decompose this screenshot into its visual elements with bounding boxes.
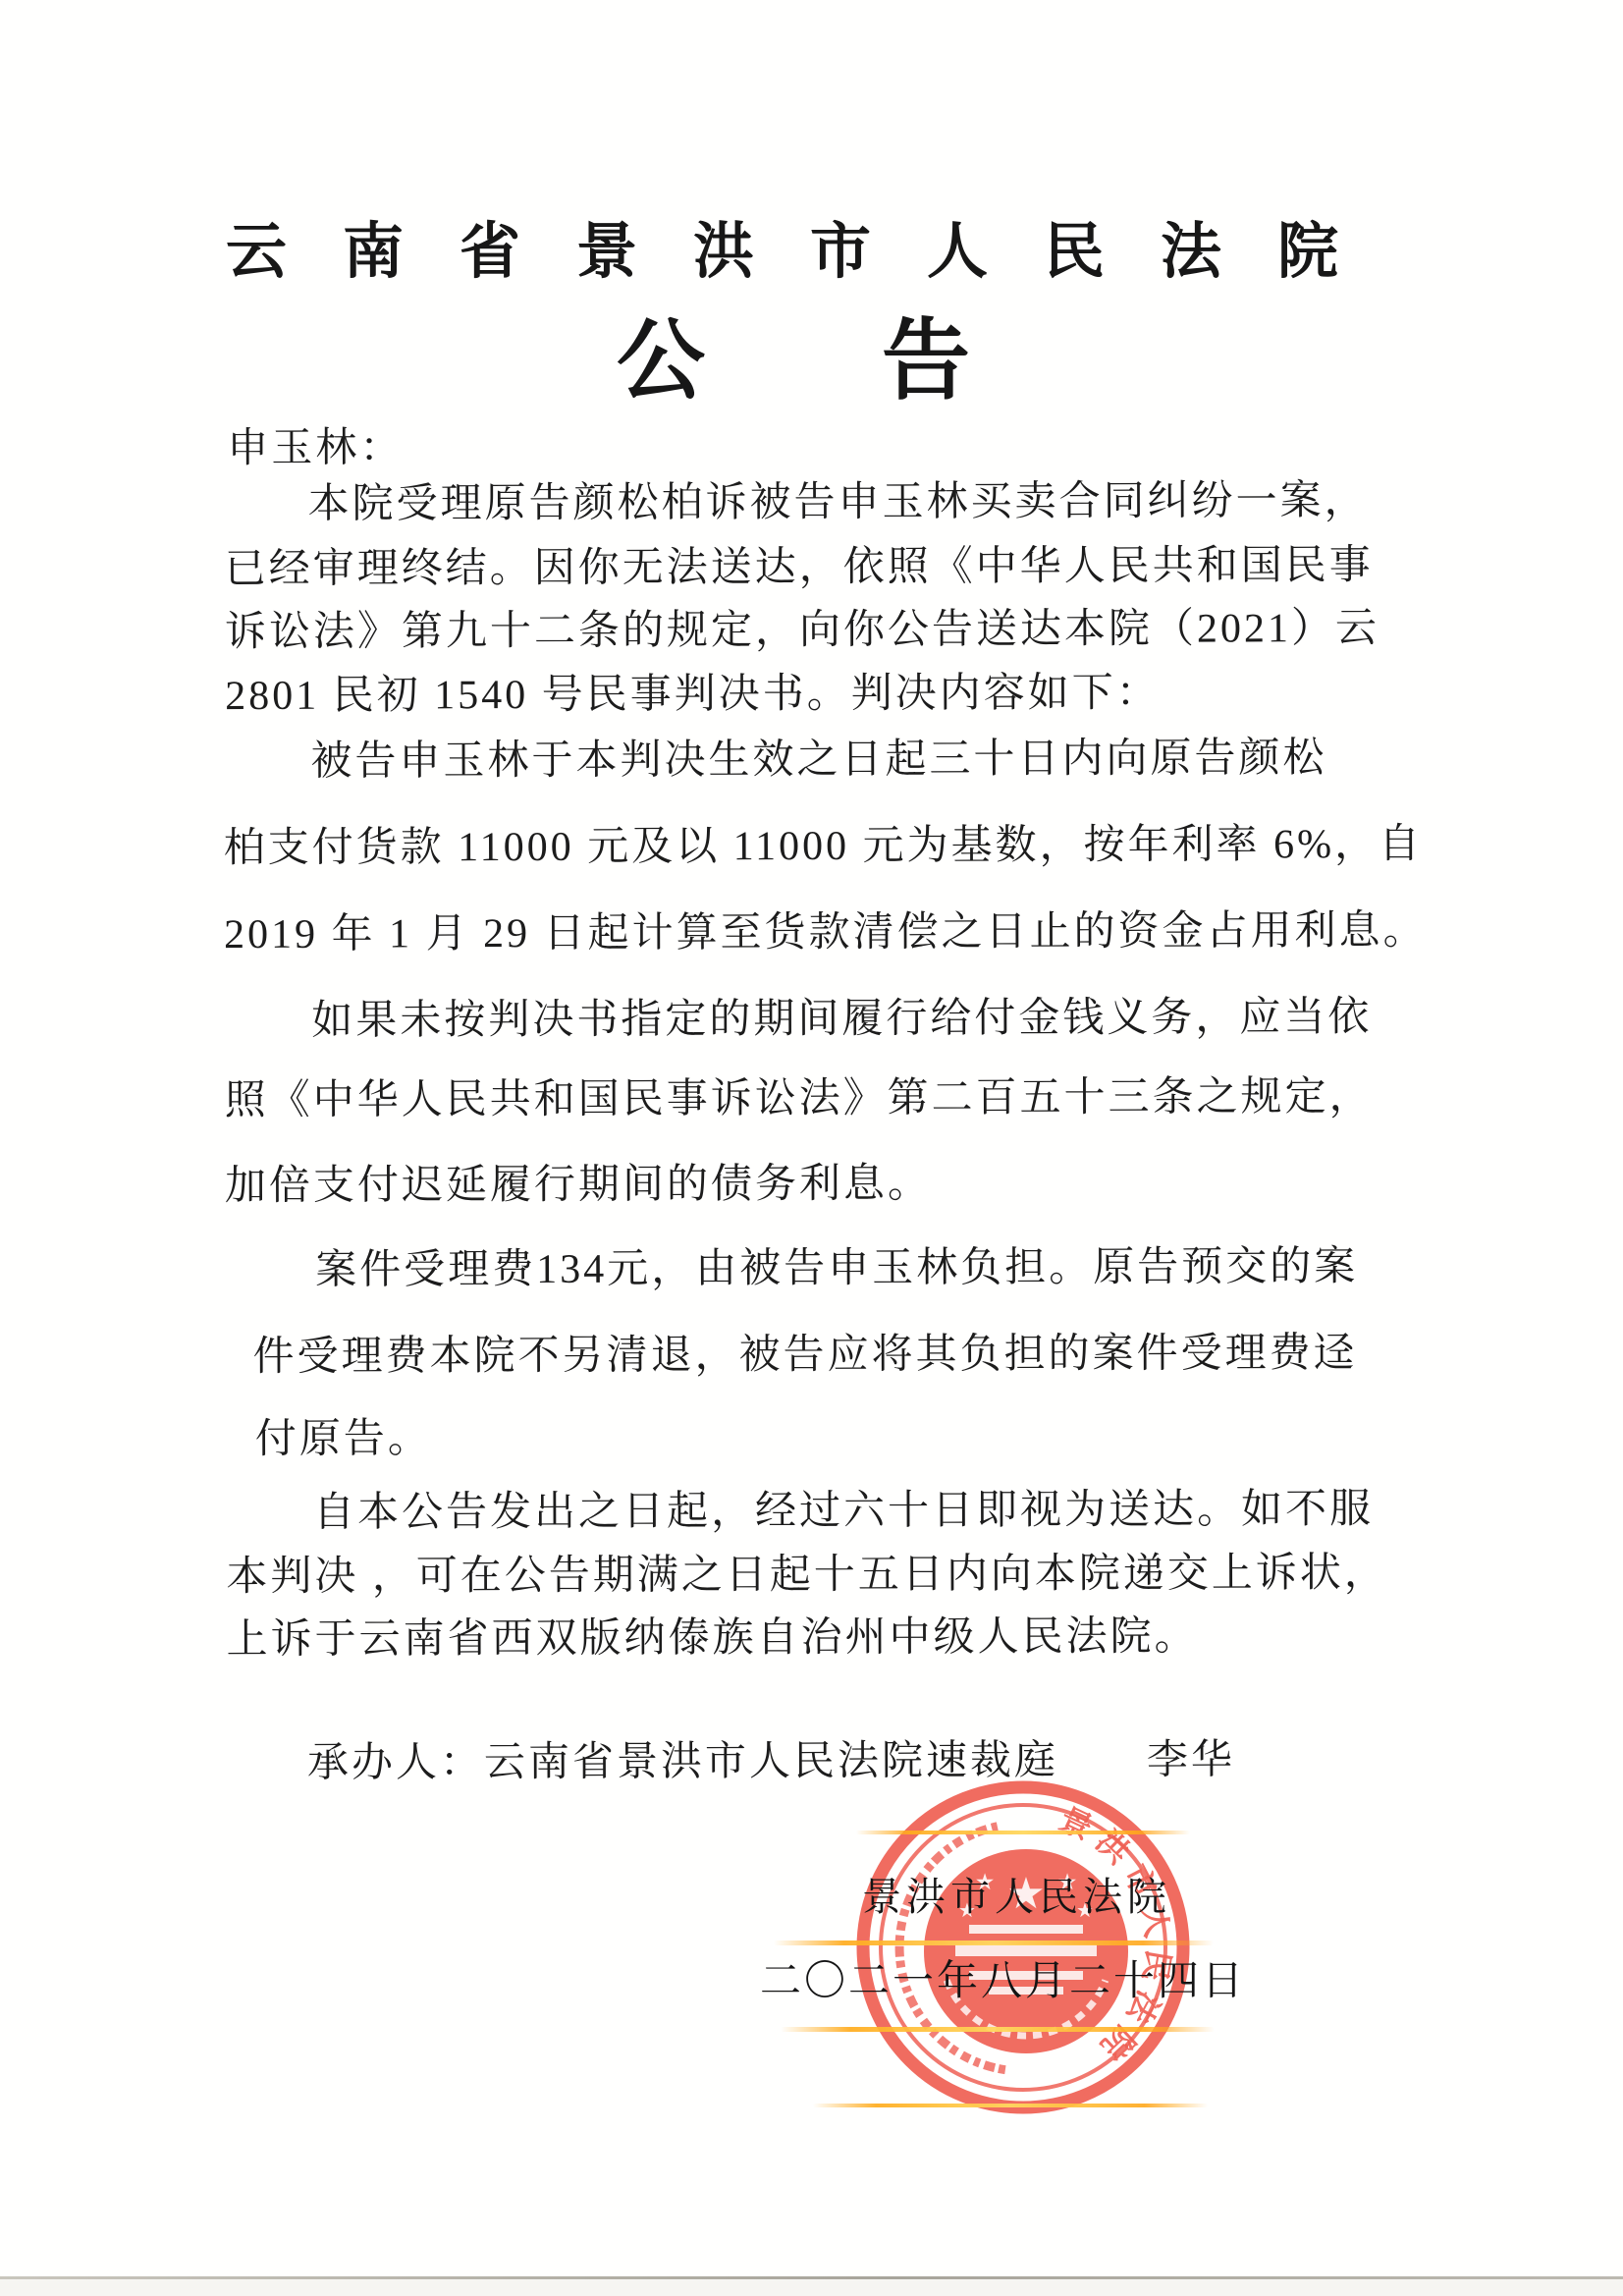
body-line: 申玉林： bbox=[227, 425, 404, 471]
body-line: 被告申玉林于本判决生效之日起三十日内向原告颜松 bbox=[310, 736, 1326, 785]
body-line: 2019 年 1 月 29 日起计算至货款清偿之日止的资金占用利息。 bbox=[224, 908, 1428, 957]
body-line: 件受理费本院不另清退，被告应将其负担的案件受理费迳 bbox=[252, 1331, 1357, 1380]
body-line: 自本公告发出之日起，经过六十日即视为送达。如不服 bbox=[313, 1487, 1374, 1536]
body-line: 承办人：云南省景洪市人民法院速裁庭 李华 bbox=[307, 1737, 1235, 1785]
body-line: 2801 民初 1540 号民事判决书。判决内容如下： bbox=[225, 671, 1161, 720]
body-line: 照《中华人民共和国民事诉讼法》第二百五十三条之规定， bbox=[225, 1074, 1374, 1123]
body-line: 柏支付货款 11000 元及以 11000 元为基数，按年利率 6%，自 bbox=[224, 822, 1424, 871]
body-line: 付原告。 bbox=[255, 1416, 432, 1462]
body-line: 如果未按判决书指定的期间履行给付金钱义务，应当依 bbox=[311, 995, 1372, 1044]
body-line: 诉讼法》第九十二条的规定，向你公告送达本院（2021）云 bbox=[225, 606, 1380, 655]
body-line: 上诉于云南省西双版纳傣族自治州中级人民法院。 bbox=[226, 1614, 1198, 1664]
seal-date-text: 二〇二一年八月二十四日 bbox=[760, 1948, 1246, 2007]
document-page: 云南省景洪市人民法院 公告 申玉林：本院受理原告颜松柏诉被告申玉林买卖合同纠纷一… bbox=[0, 0, 1623, 2296]
body-line: 本判决 ，可在公告期满之日起十五日内向本院递交上诉状， bbox=[226, 1551, 1388, 1600]
body-line: 本院受理原告颜松柏诉被告申玉林买卖合同纠纷一案， bbox=[307, 478, 1368, 527]
body-line: 已经审理终结。因你无法送达，依照《中华人民共和国民事 bbox=[225, 543, 1374, 592]
body-line: 加倍支付迟延履行期间的债务利息。 bbox=[225, 1162, 932, 1210]
seal-court-name-text: 景洪市人民法院 bbox=[862, 1866, 1171, 1922]
body-line: 案件受理费134元，由被告申玉林负担。原告预交的案 bbox=[315, 1244, 1358, 1293]
